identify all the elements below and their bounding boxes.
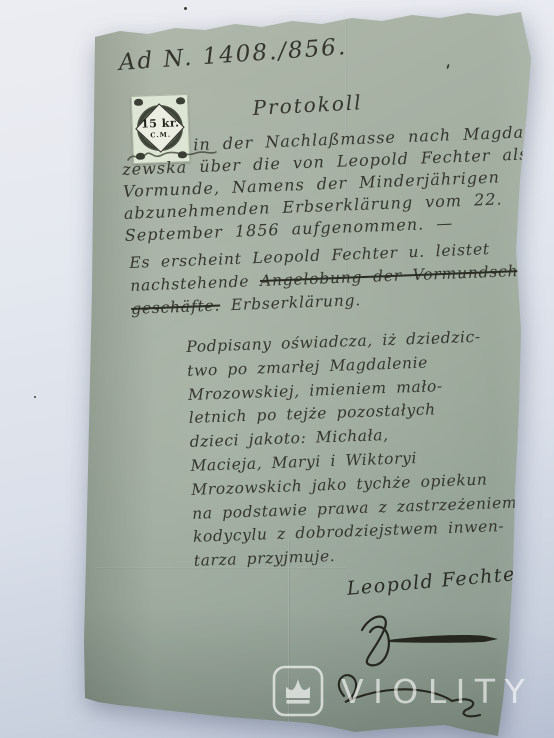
document-title: Protokoll (252, 90, 363, 120)
strikethrough-text: geschäfte. (131, 297, 221, 318)
dust-speck (184, 7, 187, 10)
reference-number: Ad N. 1408./856. (118, 34, 348, 76)
signature-leopold-fechter: Leopold Fechter (346, 562, 527, 600)
manuscript-text: nachstehende (130, 272, 260, 295)
stamp-value: 15 kr. (133, 116, 188, 131)
dust-speck (432, 342, 434, 344)
photo-background: Ad N. 1408./856. 15 kr. C.M. Protokoll i… (0, 0, 554, 738)
stamp-corner-ornament-icon (134, 99, 143, 106)
signature-paraph-icon (322, 668, 487, 726)
appearance-paragraph: Es erscheint Leopold Fechter u. leistet … (129, 236, 554, 321)
dust-speck (34, 396, 36, 398)
dust-speck (238, 470, 240, 472)
signature-paraph-icon (328, 608, 506, 670)
ink-speck (446, 64, 449, 69)
manuscript-text: Erbserklärung. (220, 291, 362, 314)
document-paper: Ad N. 1408./856. 15 kr. C.M. Protokoll i… (0, 0, 554, 738)
paper-shadow: Ad N. 1408./856. 15 kr. C.M. Protokoll i… (0, 0, 554, 738)
stamp-corner-ornament-icon (176, 97, 185, 104)
opening-paragraph: in der Nachlaßmasse nach Magdalena Mro- … (121, 118, 554, 247)
declaration-paragraph: Podpisany oświadcza, iż dziedzic- two po… (186, 325, 519, 574)
